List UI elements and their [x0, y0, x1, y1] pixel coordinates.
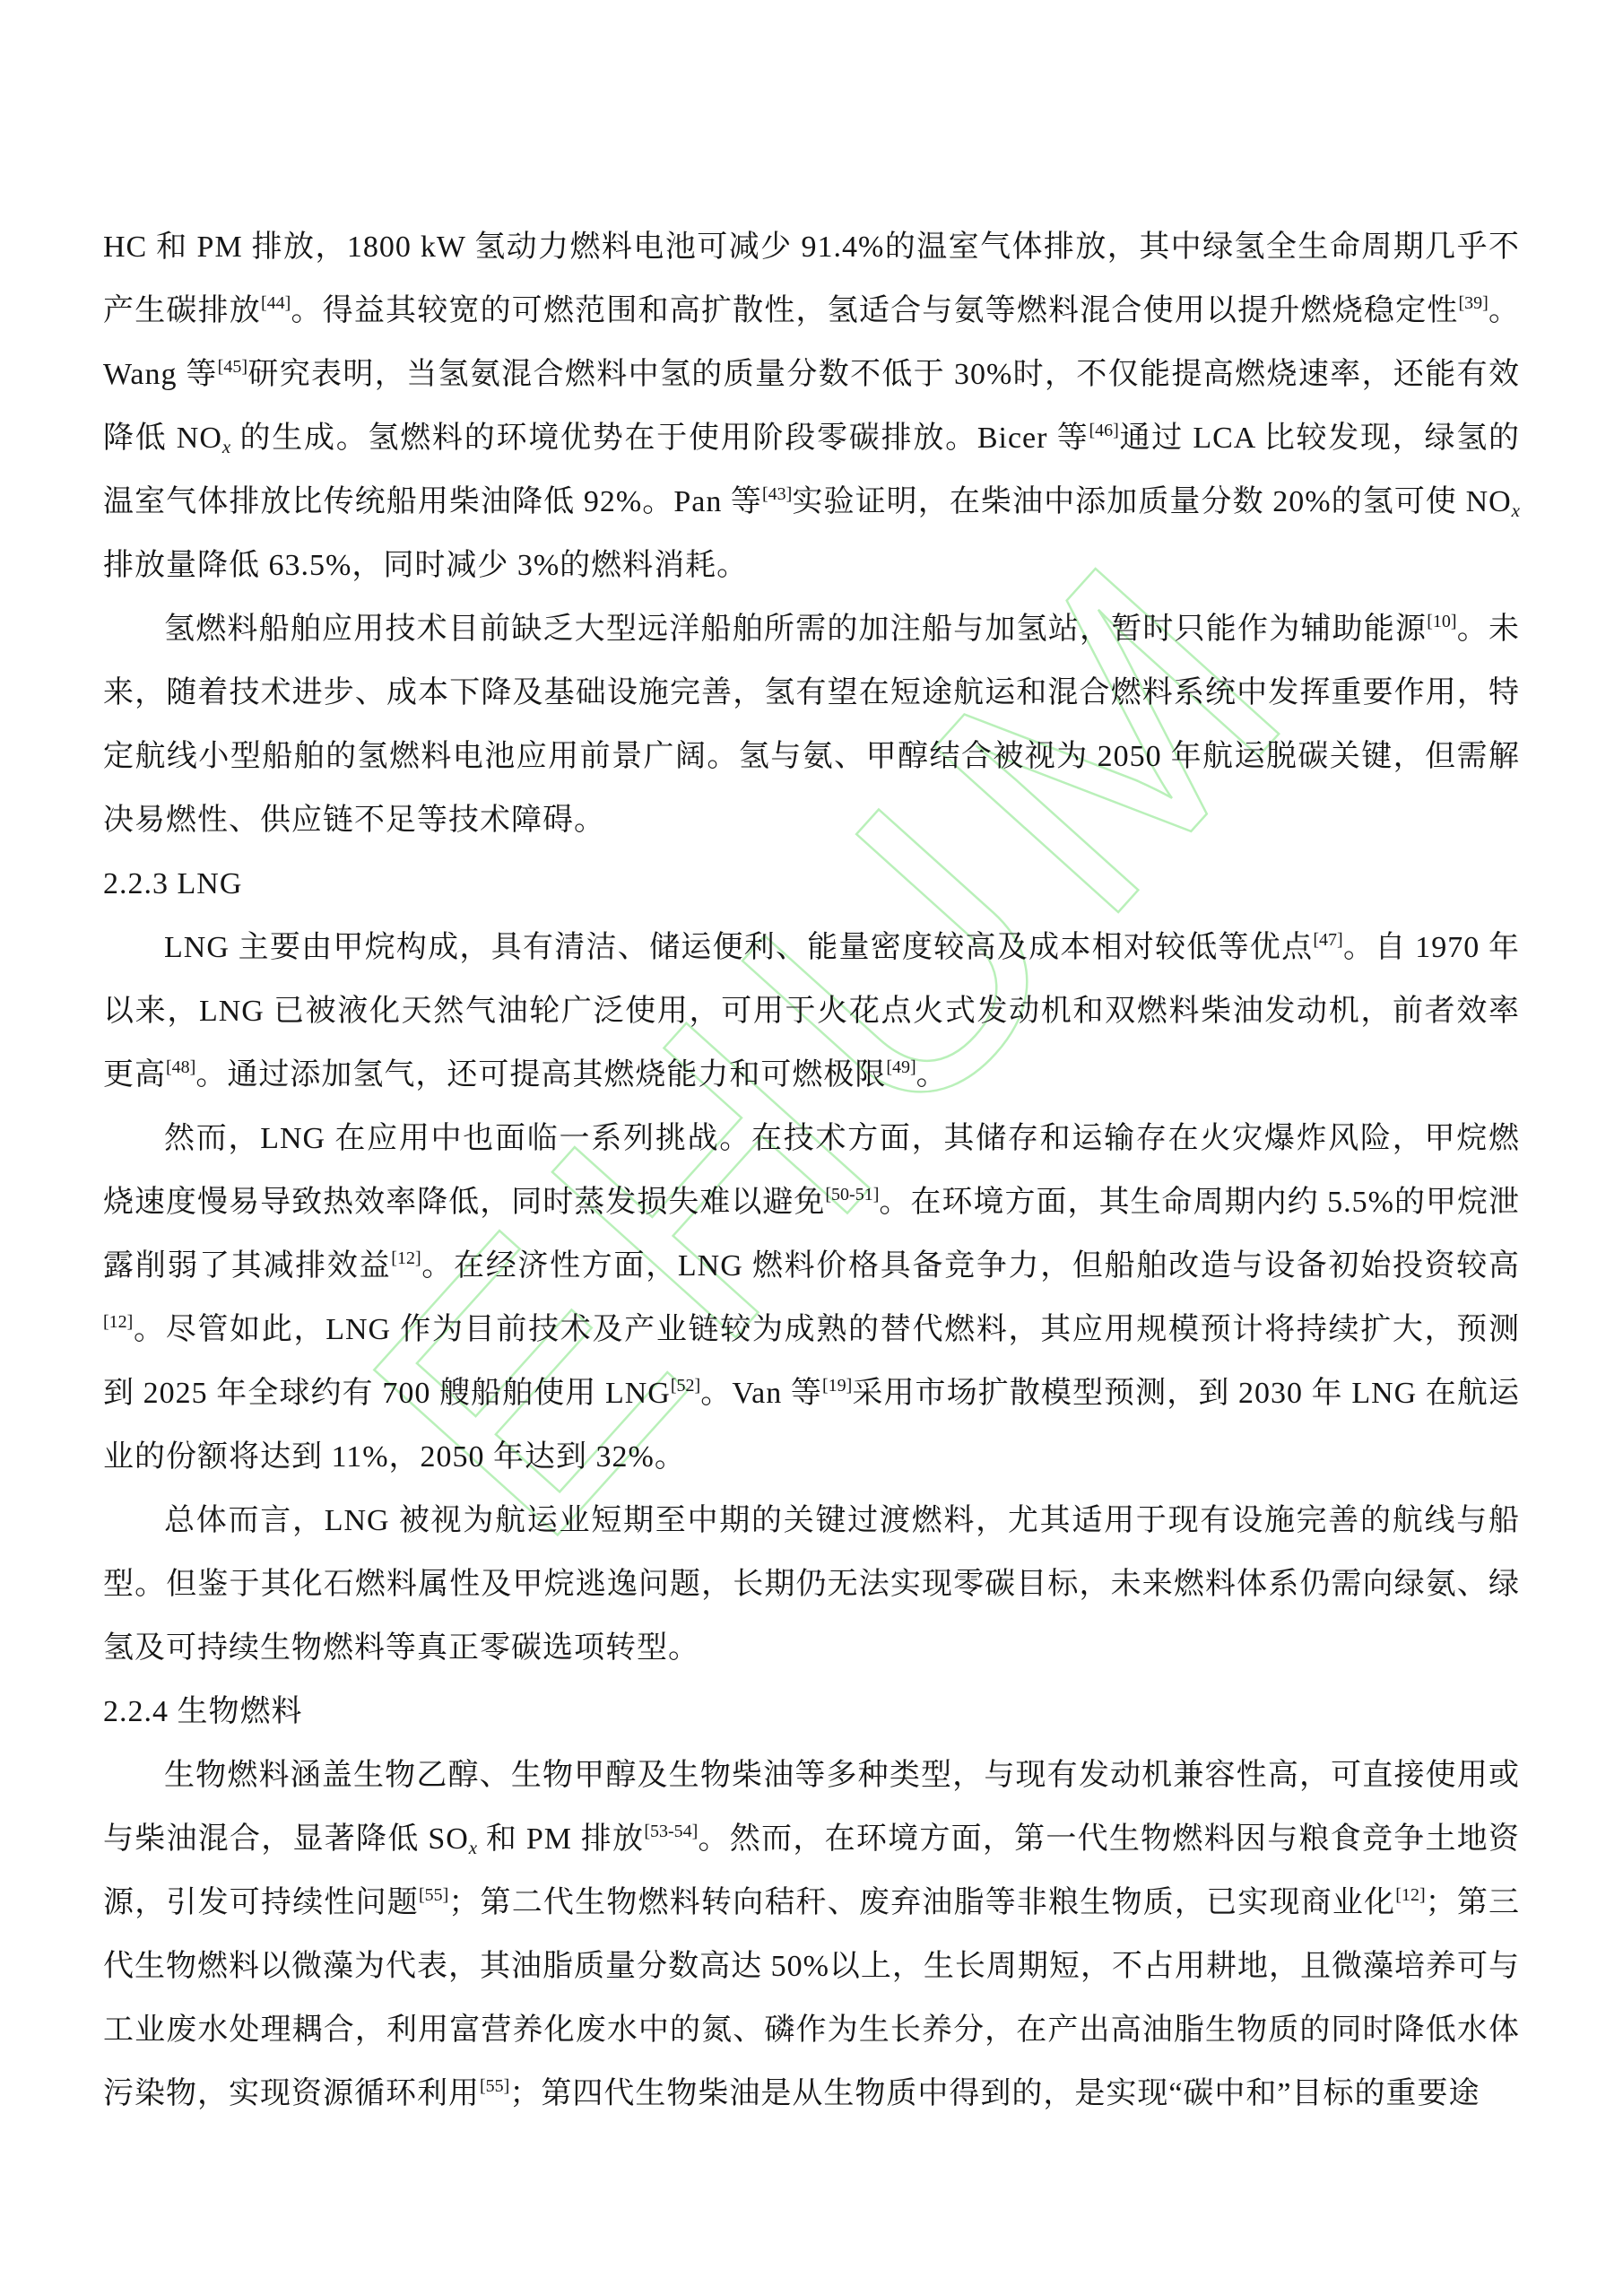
citation: [50-51]	[825, 1185, 879, 1205]
citation: [12]	[1395, 1885, 1425, 1905]
citation: [12]	[391, 1248, 421, 1268]
citation: [55]	[419, 1885, 448, 1905]
citation: [55]	[480, 2076, 509, 2096]
citation: [43]	[762, 484, 792, 504]
variable-subscript: x	[222, 436, 230, 457]
citation: [19]	[822, 1376, 852, 1396]
citation: [10]	[1427, 612, 1456, 631]
citation: [46]	[1089, 421, 1118, 440]
variable-subscript: x	[1512, 500, 1520, 521]
citation: [44]	[261, 293, 291, 313]
citation: [52]	[671, 1376, 700, 1396]
variable-subscript: x	[469, 1837, 477, 1858]
citation: [12]	[103, 1312, 133, 1332]
document-content: HC 和 PM 排放，1800 kW 氢动力燃料电池可减少 91.4%的温室气体…	[103, 215, 1520, 2126]
paragraph: 总体而言，LNG 被视为航运业短期至中期的关键过渡燃料，尤其适用于现有设施完善的…	[103, 1489, 1520, 1680]
citation: [39]	[1458, 293, 1488, 313]
citation: [53-54]	[644, 1822, 698, 1841]
section-heading-2-2-3: 2.2.3 LNG	[103, 852, 1520, 916]
document-page: EHUM HC 和 PM 排放，1800 kW 氢动力燃料电池可减少 91.4%…	[0, 0, 1623, 2296]
paragraph: 然而，LNG 在应用中也面临一系列挑战。在技术方面，其储存和运输存在火灾爆炸风险…	[103, 1107, 1520, 1489]
paragraph: LNG 主要由甲烷构成，具有清洁、储运便利、能量密度较高及成本相对较低等优点[4…	[103, 916, 1520, 1107]
paragraph: 生物燃料涵盖生物乙醇、生物甲醇及生物柴油等多种类型，与现有发动机兼容性高，可直接…	[103, 1744, 1520, 2126]
citation: [48]	[166, 1057, 195, 1077]
citation: [47]	[1313, 930, 1342, 950]
section-heading-2-2-4: 2.2.4 生物燃料	[103, 1680, 1520, 1744]
citation: [49]	[886, 1057, 916, 1077]
citation: [45]	[218, 357, 247, 377]
paragraph: HC 和 PM 排放，1800 kW 氢动力燃料电池可减少 91.4%的温室气体…	[103, 215, 1520, 597]
paragraph: 氢燃料船舶应用技术目前缺乏大型远洋船舶所需的加注船与加氢站，暂时只能作为辅助能源…	[103, 597, 1520, 852]
